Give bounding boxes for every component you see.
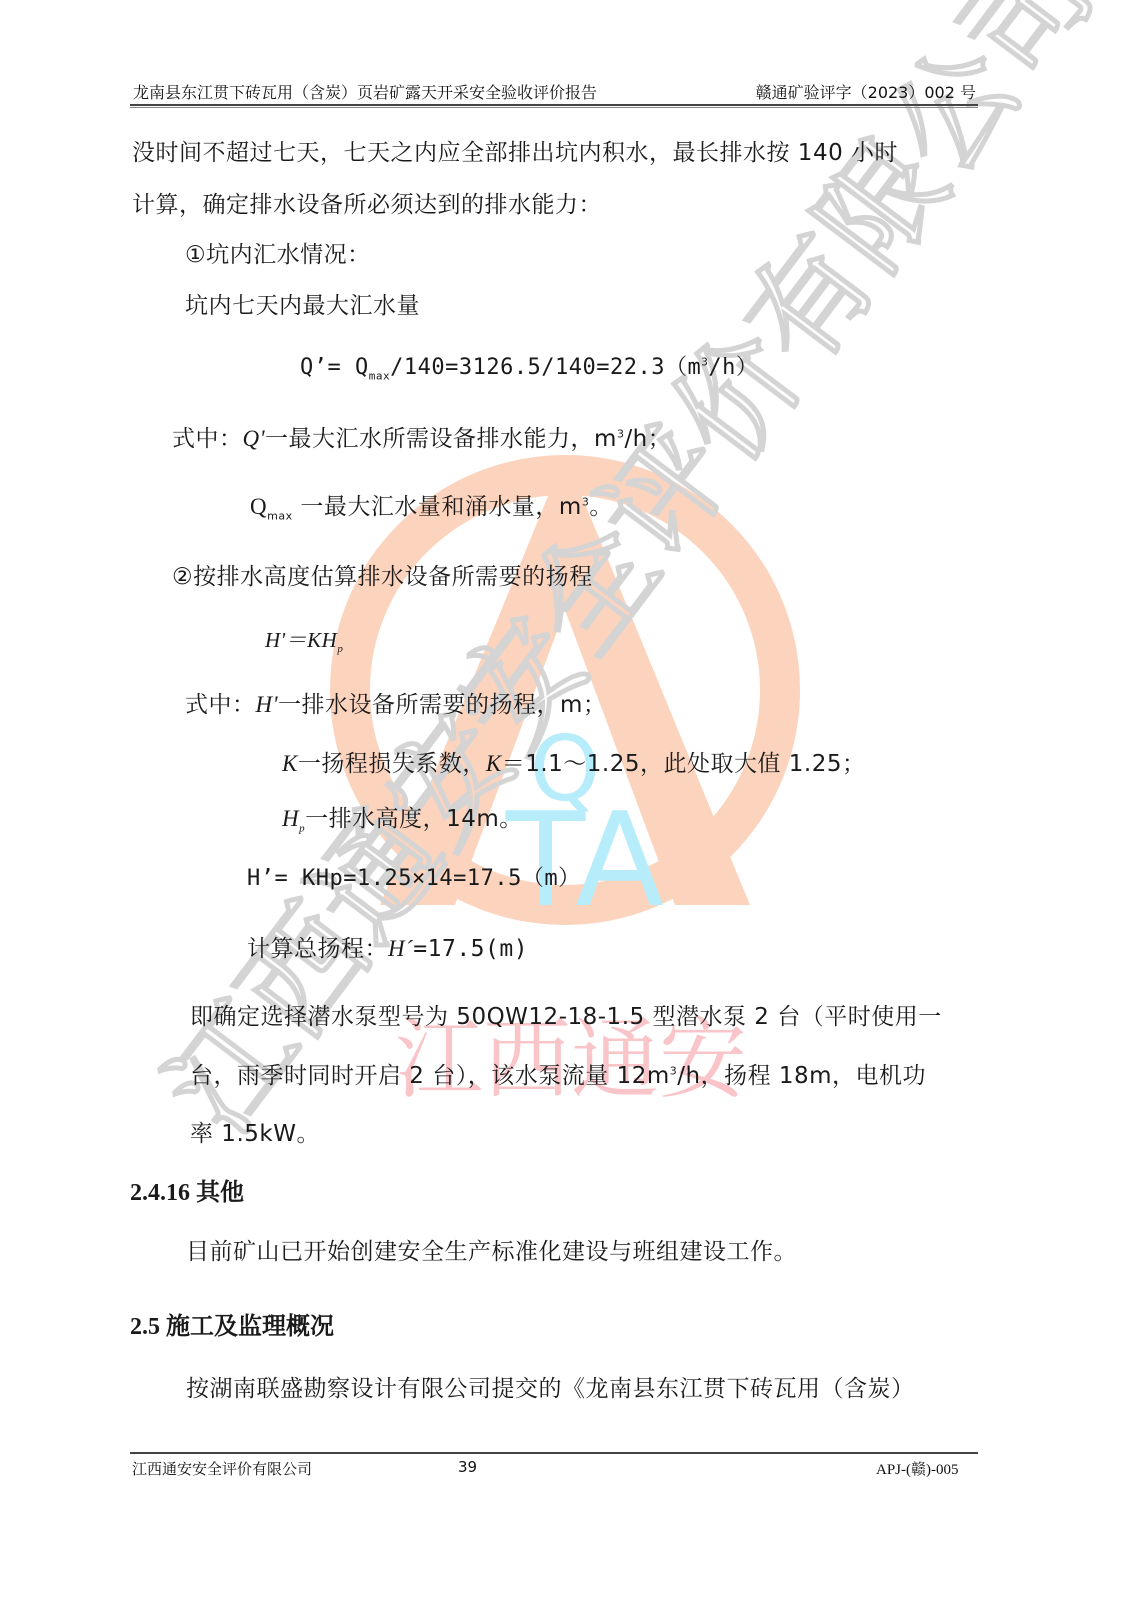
page-number: 39 [458, 1458, 477, 1476]
document-page: Q TA 江西通安安全评价有限公司 江西通安 龙南县东江贯下砖瓦用（含炭）页岩矿… [0, 0, 1130, 1600]
formula-where-q: 式中：Q'一最大汇水所需设备排水能力，m3/h； [172, 420, 671, 453]
paragraph-line: 没时间不超过七天，七天之内应全部排出坑内积水，最长排水按 140 小时 [132, 134, 898, 167]
section-heading: 2.5 施工及监理概况 [130, 1306, 334, 1341]
section-heading: 2.4.16 其他 [130, 1172, 244, 1207]
formula-where-h: 式中：H'一排水设备所需要的扬程，m； [185, 686, 606, 719]
paragraph-line: 台，雨季时同时开启 2 台），该水泵流量 12m3/h，扬程 18m，电机功 [190, 1057, 926, 1090]
total-head: 计算总扬程：H´=17.5(m) [247, 930, 528, 963]
formula-h-result: H’= KHp=1.25×14=17.5（m） [247, 861, 581, 892]
paragraph-line: 率 1.5kW。 [190, 1115, 320, 1148]
footer-code: APJ-(赣)-005 [876, 1458, 959, 1479]
header-rule-thin [130, 107, 978, 108]
report-title: 龙南县东江贯下砖瓦用（含炭）页岩矿露天开采安全验收评价报告 [133, 80, 597, 103]
paragraph-line: 计算，确定排水设备所必须达到的排水能力： [132, 186, 602, 219]
item-title: ①坑内汇水情况： [185, 236, 371, 269]
header-rule [130, 104, 978, 106]
formula-where-qmax: Qmax 一最大汇水量和涌水量，m3。 [250, 488, 613, 523]
formula-where-hp: Hp一排水高度，14m。 [282, 800, 523, 835]
page-header: 龙南县东江贯下砖瓦用（含炭）页岩矿露天开采安全验收评价报告 赣通矿验评字（202… [133, 78, 976, 104]
document-number: 赣通矿验评字（2023）002 号 [756, 80, 976, 103]
formula-where-k: K一扬程损失系数，K＝1.1～1.25，此处取大值 1.25； [282, 745, 866, 778]
paragraph-line: 即确定选择潜水泵型号为 50QW12-18-1.5 型潜水泵 2 台（平时使用一 [190, 998, 942, 1031]
section-text: 按湖南联盛勘察设计有限公司提交的《龙南县东江贯下砖瓦用（含炭） [186, 1370, 915, 1403]
footer-rule [130, 1452, 978, 1454]
footer-company: 江西通安安全评价有限公司 [132, 1458, 312, 1479]
section-text: 目前矿山已开始创建安全生产标准化建设与班组建设工作。 [186, 1233, 797, 1266]
item-title: ②按排水高度估算排水设备所需要的扬程 [172, 558, 593, 591]
formula-q: Q’= Qmax/140=3126.5/140=22.3（m3/h） [300, 350, 758, 382]
formula-h: H'＝KHp [265, 624, 343, 655]
item-subtitle: 坑内七天内最大汇水量 [185, 287, 420, 320]
